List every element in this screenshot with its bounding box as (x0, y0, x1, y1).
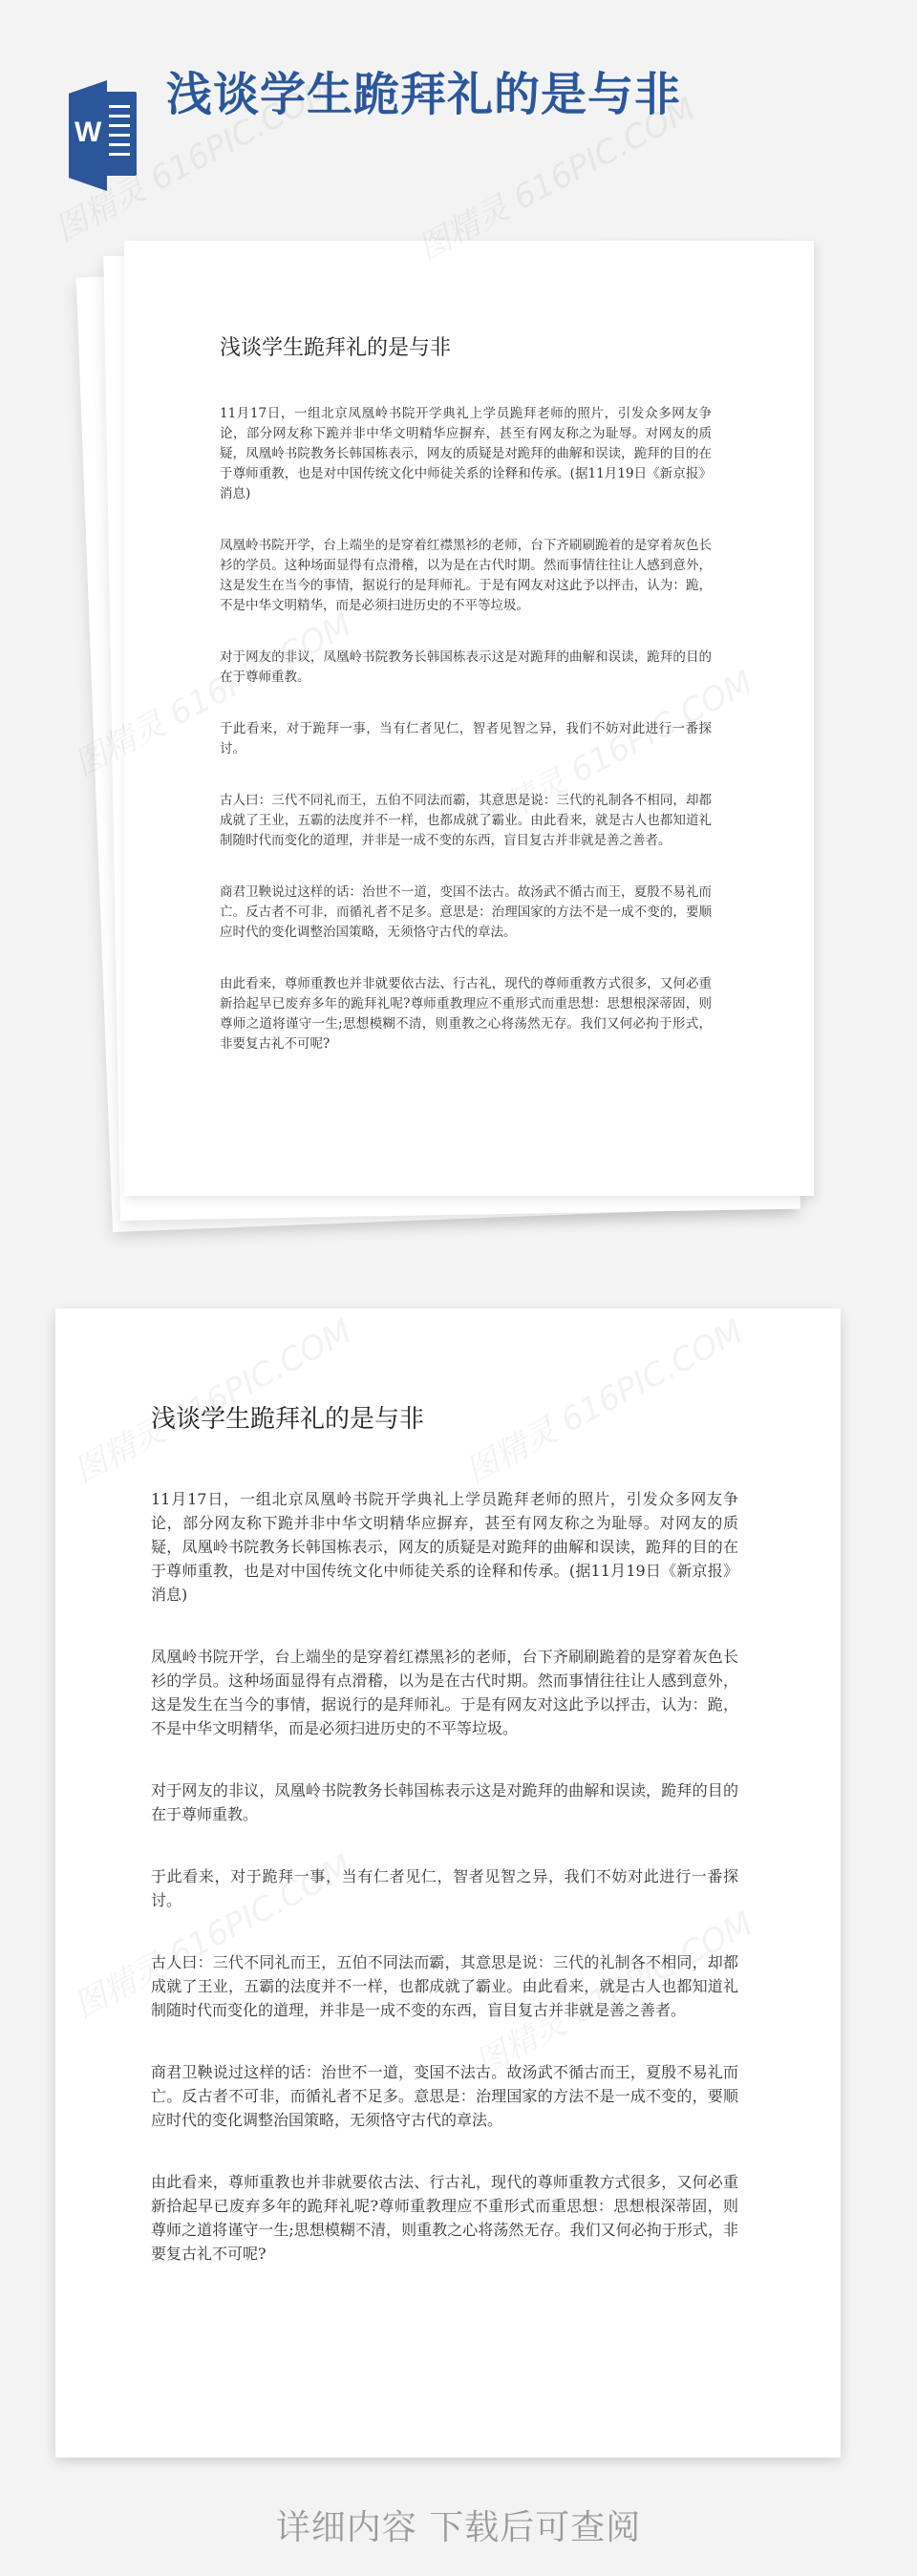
document-paragraph: 商君卫鞅说过这样的话：治世不一道，变国不法古。故汤武不循古而王，夏殷不易礼而亡。… (220, 883, 712, 943)
word-icon-line (109, 134, 130, 137)
header: W 浅谈学生跪拜礼的是与非 (0, 0, 917, 229)
word-icon-line (109, 105, 130, 108)
document-content: 浅谈学生跪拜礼的是与非 11月17日，一组北京凤凰岭书院开学典礼上学员跪拜老师的… (151, 1399, 738, 2304)
document-paragraph: 凤凰岭书院开学，台上端坐的是穿着红襟黑衫的老师，台下齐刷刷跪着的是穿着灰色长衫的… (151, 1645, 738, 1740)
word-icon-line (109, 124, 130, 127)
document-paragraph: 11月17日，一组北京凤凰岭书院开学典礼上学员跪拜老师的照片，引发众多网友争论，… (151, 1487, 738, 1607)
document-page: 浅谈学生跪拜礼的是与非 11月17日，一组北京凤凰岭书院开学典礼上学员跪拜老师的… (55, 1309, 841, 2458)
page-title: 浅谈学生跪拜礼的是与非 (166, 67, 854, 122)
document-content: 浅谈学生跪拜礼的是与非 11月17日，一组北京凤凰岭书院开学典礼上学员跪拜老师的… (220, 331, 712, 1086)
document-paragraph: 对于网友的非议，凤凰岭书院教务长韩国栋表示这是对跪拜的曲解和误读，跪拜的目的在于… (151, 1778, 738, 1826)
document-paragraph: 11月17日，一组北京凤凰岭书院开学典礼上学员跪拜老师的照片，引发众多网友争论，… (220, 404, 712, 504)
document-stack-preview: 浅谈学生跪拜礼的是与非 11月17日，一组北京凤凰岭书院开学典礼上学员跪拜老师的… (0, 229, 917, 1289)
document-paragraph: 古人曰：三代不同礼而王，五伯不同法而霸，其意思是说：三代的礼制各不相同，却都成就… (151, 1950, 738, 2022)
document-paragraph: 于此看来，对于跪拜一事，当有仁者见仁，智者见智之异，我们不妨对此进行一番探讨。 (220, 719, 712, 759)
document-title: 浅谈学生跪拜礼的是与非 (220, 331, 712, 361)
document-paragraph: 凤凰岭书院开学，台上端坐的是穿着红襟黑衫的老师，台下齐刷刷跪着的是穿着灰色长衫的… (220, 536, 712, 616)
word-icon-line (109, 143, 130, 146)
word-document-icon: W (69, 80, 134, 191)
document-paragraph: 于此看来，对于跪拜一事，当有仁者见仁，智者见智之异，我们不妨对此进行一番探讨。 (151, 1864, 738, 1912)
word-icon-line (109, 153, 130, 156)
document-paragraph: 商君卫鞅说过这样的话：治世不一道，变国不法古。故汤武不循古而王，夏殷不易礼而亡。… (151, 2060, 738, 2132)
document-paragraph: 对于网友的非议，凤凰岭书院教务长韩国栋表示这是对跪拜的曲解和误读，跪拜的目的在于… (220, 648, 712, 688)
document-paragraph: 古人曰：三代不同礼而王，五伯不同法而霸，其意思是说：三代的礼制各不相同，却都成就… (220, 791, 712, 851)
word-icon-letter: W (75, 117, 101, 149)
document-title: 浅谈学生跪拜礼的是与非 (151, 1399, 738, 1435)
document-page-preview: 浅谈学生跪拜礼的是与非 11月17日，一组北京凤凰岭书院开学典礼上学员跪拜老师的… (124, 241, 814, 1196)
word-icon-line (109, 115, 130, 117)
download-hint: 详细内容 下载后可查阅 (0, 2501, 917, 2549)
document-paragraph: 由此看来，尊师重教也并非就要依古法、行古礼，现代的尊师重教方式很多，又何必重新拾… (220, 974, 712, 1054)
document-paragraph: 由此看来，尊师重教也并非就要依古法、行古礼，现代的尊师重教方式很多，又何必重新拾… (151, 2170, 738, 2266)
